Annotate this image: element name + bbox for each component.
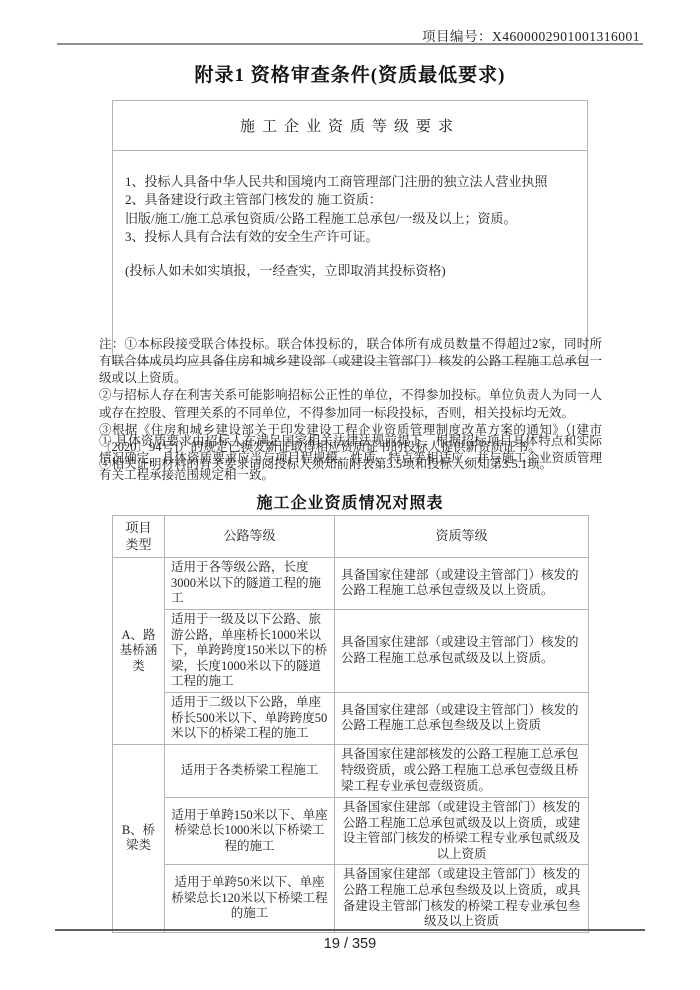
- requirement-item-3: 3、投标人具有合法有效的安全生产许可证。: [125, 228, 577, 246]
- comparison-header-row: 项目 类型 公路等级 资质等级: [113, 516, 589, 558]
- road-cell: 适用于一级及以下公路、旅游公路，单座桥长1000米以下，单跨跨度150米以下的桥…: [165, 609, 335, 692]
- extra-note: ① 具体资质要求由招标人在满足国家相关法律法规前提下，根据招标项目具体特点和实际…: [99, 433, 602, 484]
- page-title: 附录1 资格审查条件(资质最低要求): [0, 60, 700, 87]
- header-rule: [57, 43, 643, 45]
- road-cell: 适用于单跨50米以下、单座桥梁总长120米以下桥梁工程的施工: [165, 865, 335, 933]
- qualification-requirement-table: 施工企业资质等级要求 1、投标人具备中华人民共和国境内工商管理部门注册的独立法人…: [112, 100, 588, 363]
- qualification-comparison-table: 项目 类型 公路等级 资质等级 A、路基桥涵类 适用于各等级公路，长度3000米…: [112, 515, 589, 933]
- table-row: 适用于一级及以下公路、旅游公路，单座桥长1000米以下，单跨跨度150米以下的桥…: [113, 609, 589, 692]
- group-label-b: B、桥梁类: [113, 744, 165, 932]
- qual-cell: 具备国家住建部（或建设主管部门）核发的公路工程施工总承包叁级及以上资质，或具备建…: [335, 865, 589, 933]
- col-header-qual: 资质等级: [335, 516, 589, 558]
- qual-cell: 具备国家住建部（或建设主管部门）核发的公路工程施工总承包贰级及以上资质，或建设主…: [335, 797, 589, 865]
- requirement-item-1: 1、投标人具备中华人民共和国境内工商管理部门注册的独立法人营业执照: [125, 173, 577, 191]
- project-number: 项目编号：X4600002901001316001: [422, 25, 640, 45]
- qual-cell: 具备国家住建部（或建设主管部门）核发的公路工程施工总承包叁级及以上资质: [335, 693, 589, 745]
- note-1: 注：①本标段接受联合体投标。联合体投标的，联合体所有成员数量不得超过2家，同时所…: [99, 336, 602, 387]
- col-header-type: 项目 类型: [113, 516, 165, 558]
- table-row: A、路基桥涵类 适用于各等级公路，长度3000米以下的隧道工程的施工 具备国家住…: [113, 558, 589, 610]
- qualification-table-body: 1、投标人具备中华人民共和国境内工商管理部门注册的独立法人营业执照 2、具备建设…: [113, 151, 588, 363]
- disqualification-warning: (投标人如未如实填报，一经查实，立即取消其投标资格): [125, 262, 577, 280]
- footer-rule: [55, 929, 645, 931]
- qualification-table-header: 施工企业资质等级要求: [113, 101, 588, 151]
- col-header-road: 公路等级: [165, 516, 335, 558]
- qual-cell: 具备国家住建部核发的公路工程施工总承包特级资质，或公路工程施工总承包壹级且桥梁工…: [335, 744, 589, 797]
- note-2: ②与招标人存在利害关系可能影响招标公正性的单位，不得参加投标。单位负责人为同一人…: [99, 387, 602, 421]
- document-page: 项目编号：X4600002901001316001 附录1 资格审查条件(资质最…: [0, 0, 700, 990]
- qual-cell: 具备国家住建部（或建设主管部门）核发的公路工程施工总承包贰级及以上资质。: [335, 609, 589, 692]
- table-row: 适用于二级以下公路，单座桥长500米以下、单跨跨度50米以下的桥梁工程的施工 具…: [113, 693, 589, 745]
- table-row: 适用于单跨150米以下、单座桥梁总长1000米以下桥梁工程的施工 具备国家住建部…: [113, 797, 589, 865]
- page-number: 19 / 359: [0, 936, 700, 952]
- requirement-item-2b: 旧版/施工/施工总承包资质/公路工程施工总承包/一级及以上；资质。: [125, 210, 577, 228]
- group-label-a: A、路基桥涵类: [113, 558, 165, 745]
- road-cell: 适用于二级以下公路，单座桥长500米以下、单跨跨度50米以下的桥梁工程的施工: [165, 693, 335, 745]
- road-cell: 适用于各等级公路，长度3000米以下的隧道工程的施工: [165, 558, 335, 610]
- qual-cell: 具备国家住建部（或建设主管部门）核发的公路工程施工总承包壹级及以上资质。: [335, 558, 589, 610]
- requirement-item-2: 2、具备建设行政主管部门核发的 施工资质：: [125, 191, 577, 209]
- comparison-table-title: 施工企业资质情况对照表: [0, 490, 700, 513]
- table-row: B、桥梁类 适用于各类桥梁工程施工 具备国家住建部核发的公路工程施工总承包特级资…: [113, 744, 589, 797]
- road-cell: 适用于单跨150米以下、单座桥梁总长1000米以下桥梁工程的施工: [165, 797, 335, 865]
- table-row: 适用于单跨50米以下、单座桥梁总长120米以下桥梁工程的施工 具备国家住建部（或…: [113, 865, 589, 933]
- road-cell: 适用于各类桥梁工程施工: [165, 744, 335, 797]
